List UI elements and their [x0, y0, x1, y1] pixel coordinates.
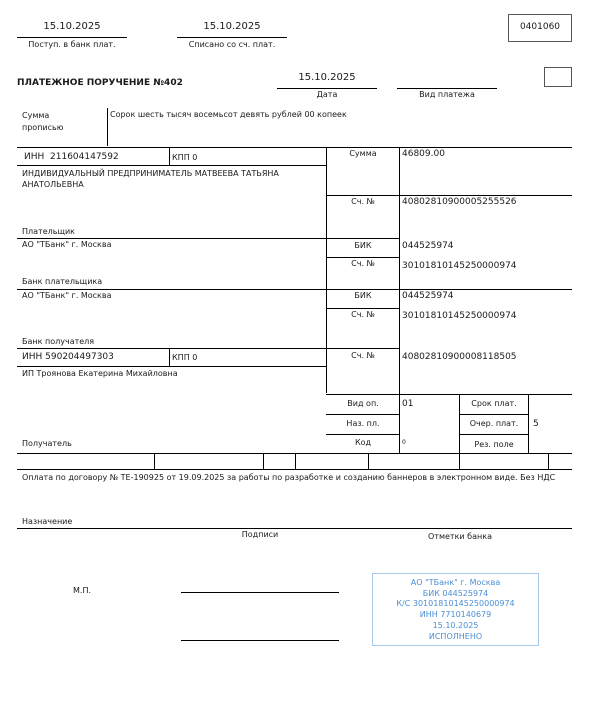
divider: [326, 434, 399, 435]
payer-inn: ИНН 211604147592: [24, 152, 119, 162]
divider: [169, 147, 170, 165]
payer-label: Плательщик: [22, 227, 75, 236]
stamp-line: К/С 30101810145250000974: [373, 599, 538, 610]
payer-bank-account: 30101810145250000974: [402, 261, 517, 271]
payer-bank-label: Банк плательщика: [22, 277, 102, 286]
divider: [263, 453, 264, 470]
date-label: Дата: [277, 90, 377, 99]
stamp-line: ИСПОЛНЕНО: [373, 632, 538, 643]
divider: [17, 37, 127, 38]
payee-name: ИП Троянова Екатерина Михайловна: [22, 369, 178, 378]
stamp-place-label: М.П.: [73, 586, 91, 595]
payer-account-label: Сч. №: [327, 197, 399, 206]
payee-bank-bik-label: БИК: [327, 291, 399, 300]
divider: [295, 453, 296, 470]
divider: [17, 165, 326, 166]
payee-bank-account-label: Сч. №: [327, 310, 399, 319]
divider: [177, 37, 287, 38]
divider: [459, 434, 528, 435]
code-value: 0: [402, 439, 406, 446]
stamp-line: БИК 044525974: [373, 589, 538, 600]
payer-name: ИНДИВИДУАЛЬНЫЙ ПРЕДПРИНИМАТЕЛЬ МАТВЕЕВА …: [22, 168, 312, 190]
divider: [17, 469, 572, 470]
divider: [277, 88, 377, 89]
divider: [399, 147, 400, 454]
payer-inn-label: ИНН: [24, 152, 44, 162]
payee-bank-bik: 044525974: [402, 291, 454, 301]
amount-words-value: Сорок шесть тысяч восемьсот девять рубле…: [110, 110, 347, 119]
payment-type-label: Вид платежа: [397, 90, 497, 99]
purpose-label: Назначение: [22, 517, 72, 526]
divider: [17, 238, 399, 239]
payee-kpp-label: КПП: [172, 353, 190, 362]
divider: [17, 348, 399, 349]
debited-label: Списано со сч. плат.: [177, 40, 287, 49]
signature-line-1: [181, 592, 339, 593]
payee-account-label: Сч. №: [327, 351, 399, 360]
divider: [107, 108, 108, 146]
priority-value: 5: [533, 419, 539, 429]
payee-bank-account: 30101810145250000974: [402, 311, 517, 321]
divider: [459, 414, 528, 415]
payer-sum: 46809.00: [402, 149, 445, 159]
amount-words-label-line1: Сумма: [22, 110, 63, 122]
payee-inn-value: 590204497303: [45, 352, 114, 362]
divider: [368, 453, 369, 470]
payee-bank-name: АО "ТБанк" г. Москва: [22, 291, 112, 300]
bank-marks-label: Отметки банка: [410, 532, 510, 541]
divider: [548, 453, 549, 470]
debited-date: 15.10.2025: [177, 21, 287, 32]
divider: [326, 308, 399, 309]
payee-kpp: КПП 0: [172, 353, 197, 362]
divider: [17, 289, 572, 290]
divider: [326, 257, 399, 258]
received-label: Поступ. в банк плат.: [17, 40, 127, 49]
payer-kpp-label: КПП: [172, 153, 190, 162]
signatures-label: Подписи: [210, 530, 310, 539]
payer-bank-account-label: Сч. №: [327, 259, 399, 268]
divider: [326, 195, 572, 196]
signature-line-2: [181, 640, 339, 641]
payee-bank-label: Банк получателя: [22, 337, 94, 346]
document-date: 15.10.2025: [277, 72, 377, 83]
payer-bank-bik: 044525974: [402, 241, 454, 251]
divider: [17, 528, 572, 529]
op-type: 01: [402, 399, 413, 409]
divider: [326, 414, 399, 415]
payee-account: 40802810900008118505: [402, 352, 517, 362]
payer-account: 40802810900005255526: [402, 197, 517, 207]
amount-words-label: Сумма прописью: [22, 110, 63, 134]
due-label: Срок плат.: [460, 399, 528, 408]
divider: [17, 366, 326, 367]
divider: [397, 88, 497, 89]
op-type-label: Вид оп.: [327, 399, 399, 408]
divider: [528, 394, 529, 454]
divider: [17, 147, 572, 148]
form-code-box: 0401060: [508, 14, 572, 42]
payee-inn: ИНН 590204497303: [22, 352, 114, 362]
divider: [169, 348, 170, 366]
divider: [326, 394, 572, 395]
payee-kpp-value: 0: [192, 353, 197, 362]
payer-kpp-value: 0: [192, 153, 197, 162]
purpose-code-label: Наз. пл.: [327, 419, 399, 428]
payer-sum-label: Сумма: [327, 149, 399, 158]
reserved-label: Рез. поле: [460, 440, 528, 449]
payer-inn-value: 211604147592: [50, 152, 119, 162]
code-label: Код: [327, 438, 399, 447]
form-code: 0401060: [520, 22, 560, 32]
page-title: ПЛАТЕЖНОЕ ПОРУЧЕНИЕ №402: [17, 78, 183, 88]
payee-inn-label: ИНН: [22, 352, 42, 362]
divider: [154, 453, 155, 470]
stamp-line: ИНН 7710140679: [373, 610, 538, 621]
payer-bank-name: АО "ТБанк" г. Москва: [22, 240, 112, 249]
payee-label: Получатель: [22, 439, 72, 448]
stamp-line: АО "ТБанк" г. Москва: [373, 578, 538, 589]
amount-words-label-line2: прописью: [22, 122, 63, 134]
bank-stamp: АО "ТБанк" г. Москва БИК 044525974 К/С 3…: [372, 573, 539, 646]
priority-label: Очер. плат.: [460, 419, 528, 428]
purpose-text: Оплата по договору № ТЕ-190925 от 19.09.…: [22, 473, 555, 482]
status-box: [544, 67, 572, 87]
payer-kpp: КПП 0: [172, 153, 197, 162]
payer-bank-bik-label: БИК: [327, 241, 399, 250]
stamp-line: 15.10.2025: [373, 621, 538, 632]
received-date: 15.10.2025: [17, 21, 127, 32]
